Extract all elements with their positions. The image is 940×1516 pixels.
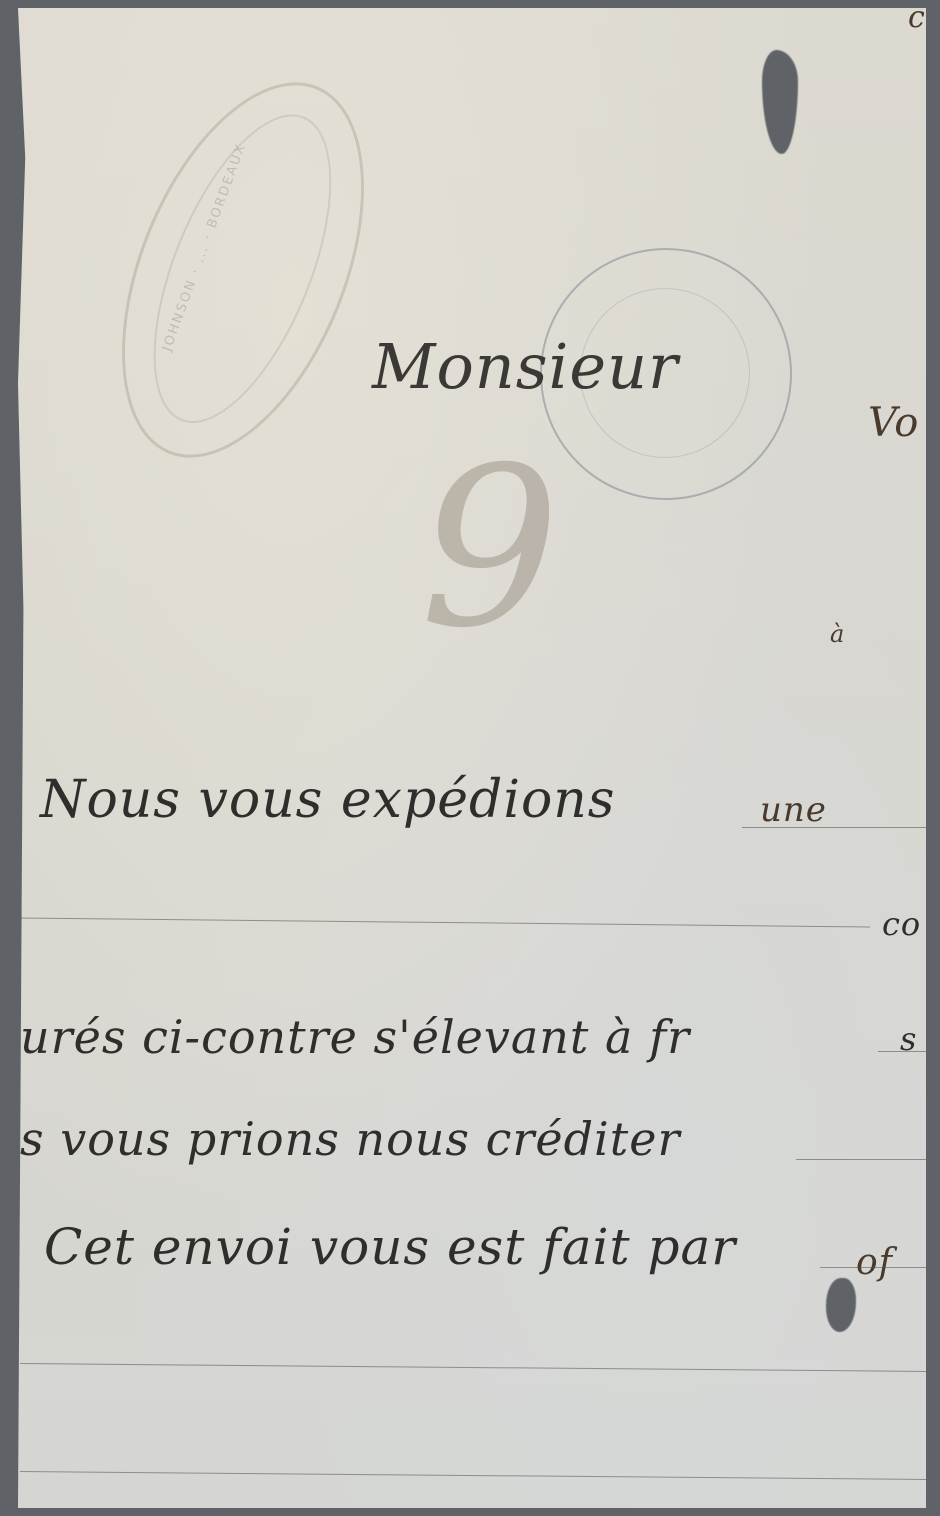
line-1-fill-rule (742, 827, 926, 828)
salutation-continuation: Vo (868, 400, 919, 446)
line-3-right-fragment: s (900, 1020, 917, 1058)
line-5-printed: Cet envoi vous est fait par (44, 1218, 736, 1276)
line-2-right-fragment: co (882, 905, 921, 943)
line-4-printed: s vous prions nous créditer (20, 1112, 680, 1166)
line-5-handwritten: of (856, 1242, 893, 1283)
line-5-fill-rule (820, 1267, 926, 1268)
line-4-fill-rule (796, 1159, 926, 1160)
line-3-fill-rule (878, 1051, 926, 1052)
address-preposition: à (830, 620, 845, 648)
line-1-printed: Nous vous expédions (40, 770, 615, 830)
line-1-handwritten: une (760, 790, 827, 830)
corner-mark: c (908, 0, 926, 35)
pencil-mark: 9 (420, 420, 560, 676)
salutation: Monsieur (372, 330, 679, 403)
line-3-printed: urés ci-contre s'élevant à fr (20, 1010, 690, 1064)
